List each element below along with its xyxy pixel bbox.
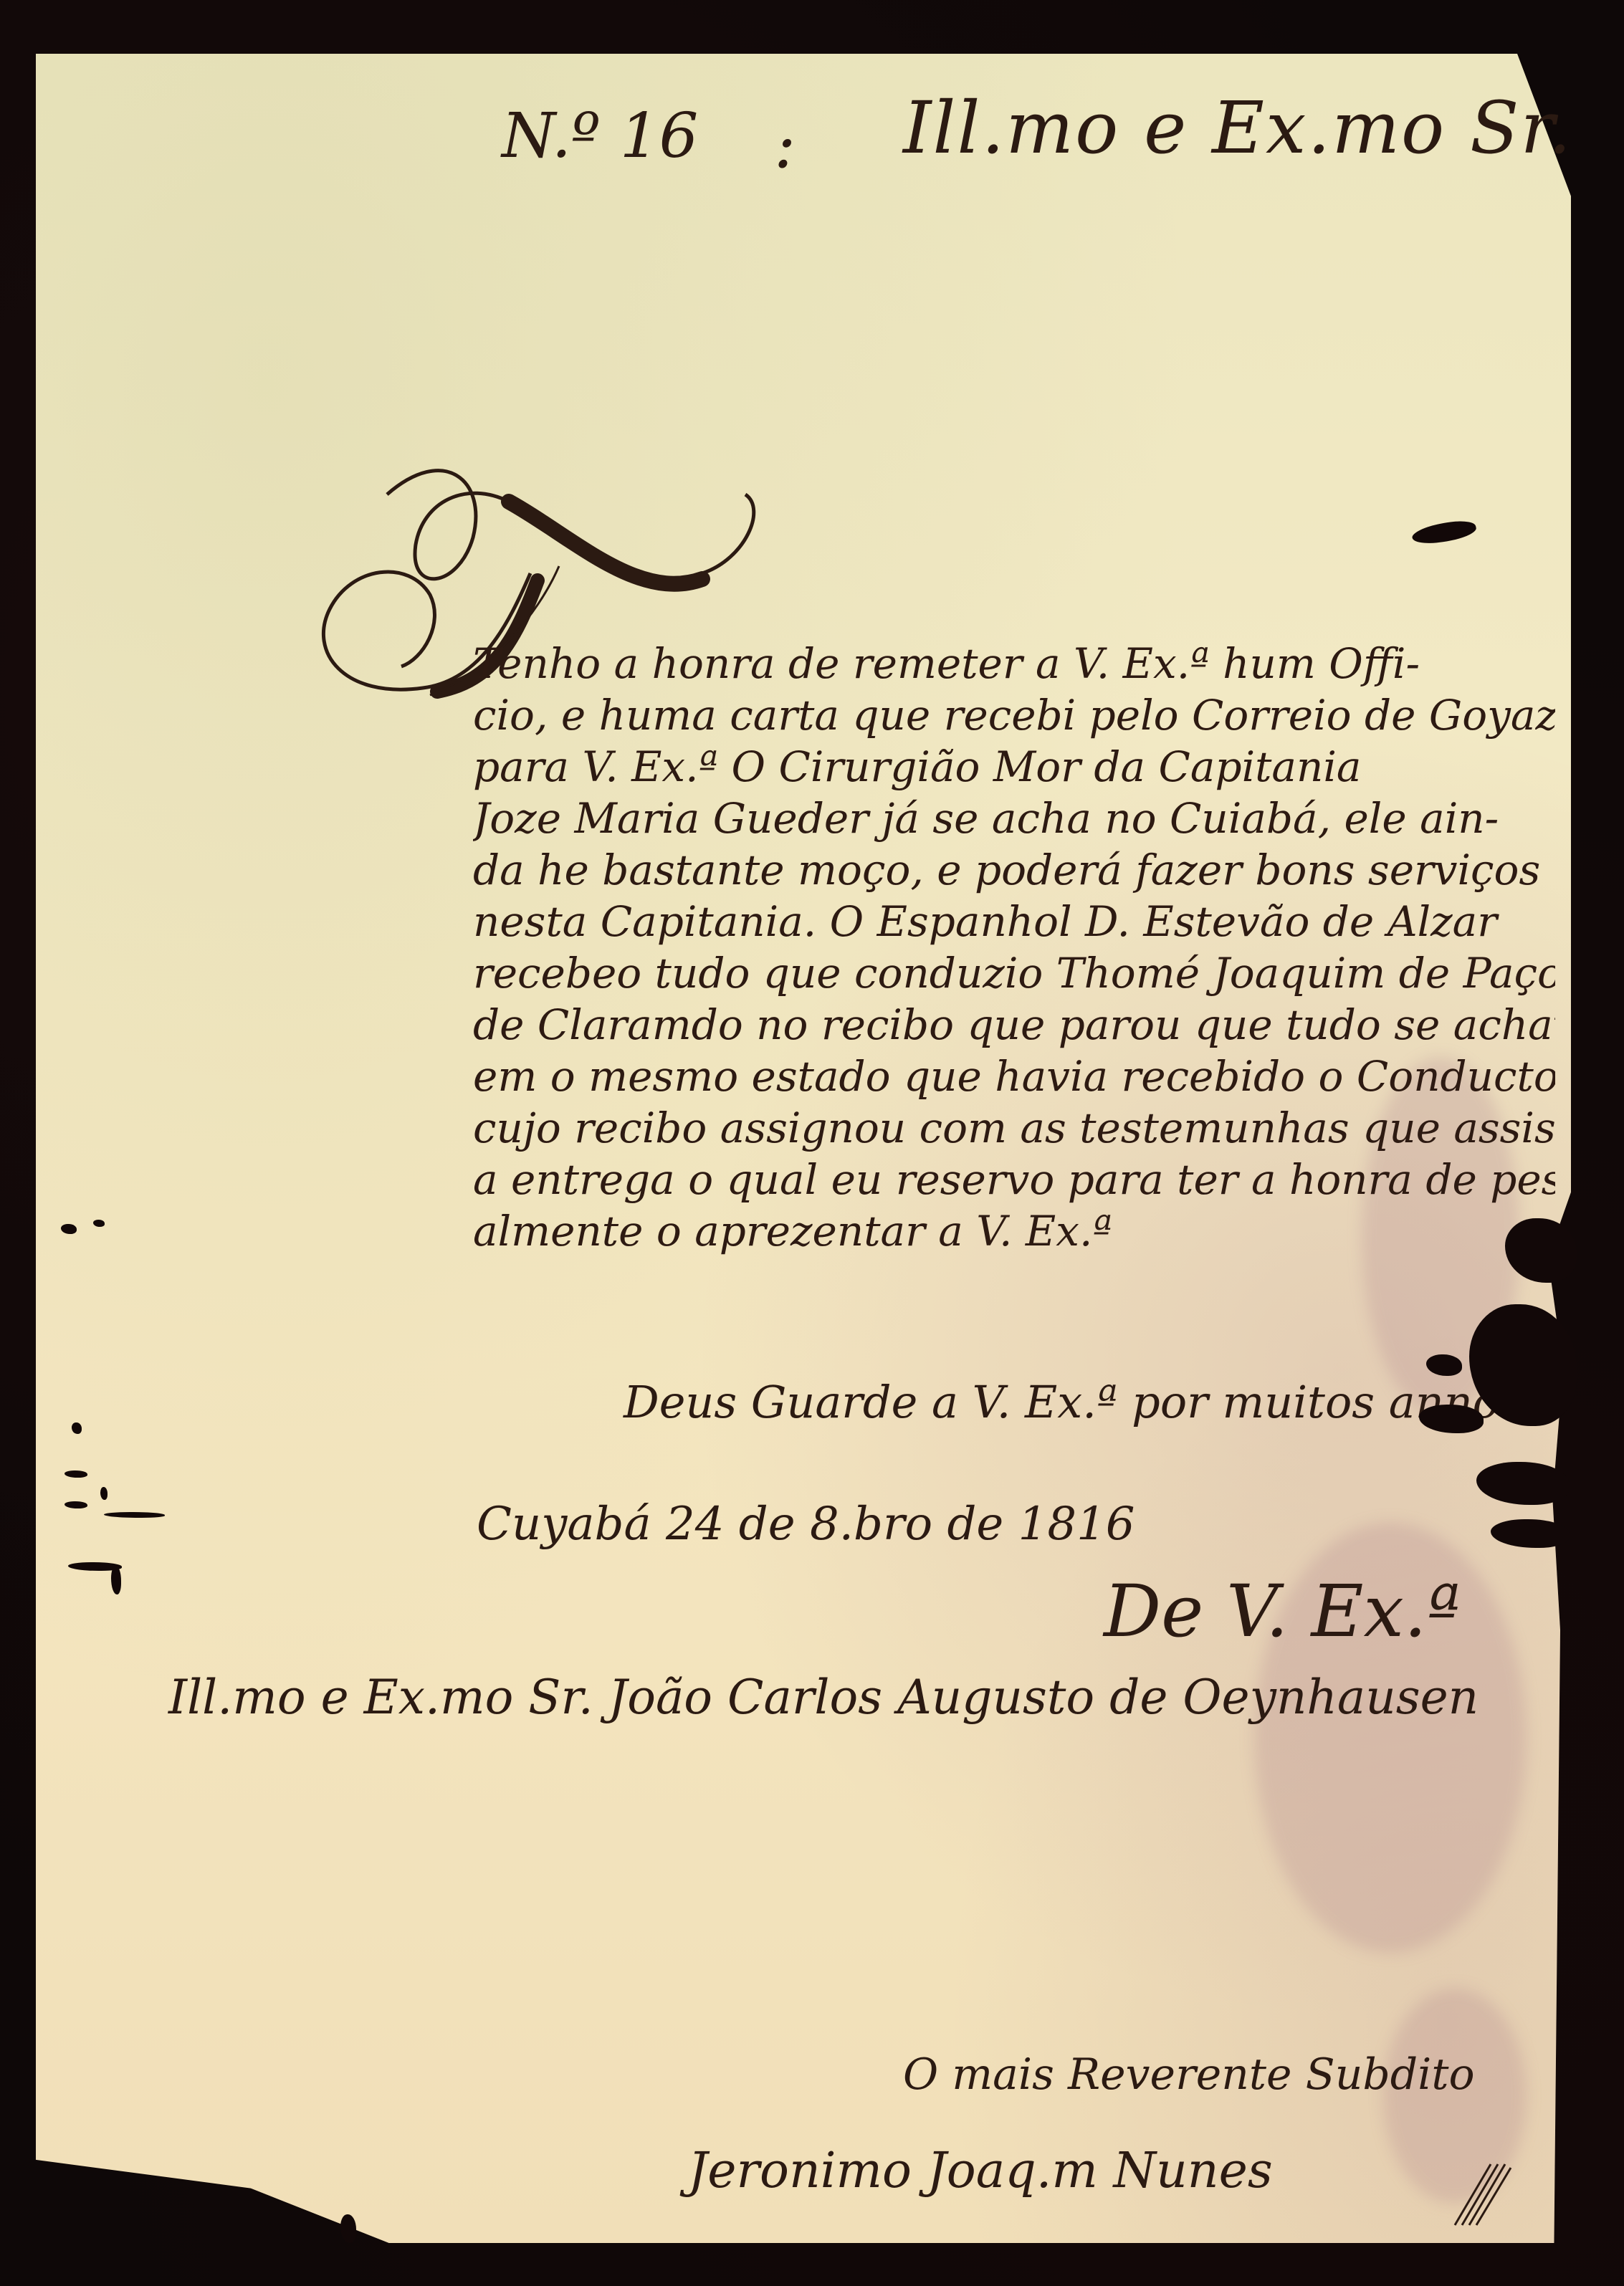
letter-body: Tenho a honra de remeter a V. Ex.ª hum O… [473,638,1555,1257]
ink-mark [61,1224,77,1234]
ink-mark [111,1566,121,1594]
body-line: Tenho a honra de remeter a V. Ex.ª hum O… [473,638,1555,689]
closing-blessing: Deus Guarde a V. Ex.ª por muitos annos. [624,1376,1536,1428]
body-line: nesta Capitania. O Espanhol D. Estevão d… [473,896,1555,947]
body-line: almente o aprezentar a V. Ex.ª [473,1205,1555,1257]
body-line: cujo recibo assignou com as testemunhas … [473,1102,1555,1154]
body-line: de Claramdo no recibo que parou que tudo… [473,999,1555,1051]
header-separator: : [774,107,796,183]
ink-mark [93,1220,105,1227]
body-line: cio, e huma carta que recebi pelo Correi… [473,689,1555,741]
valediction: O mais Reverente Subdito [903,2050,1475,2100]
letter-number: N.º 16 [502,100,698,172]
body-line: recebeo tudo que conduzio Thomé Joaquim … [473,947,1555,999]
signature: Jeronimo Joaq.m Nunes [688,2143,1273,2199]
ink-mark [72,1422,82,1434]
body-line: a entrega o qual eu reservo para ter a h… [473,1154,1555,1205]
salutation: Ill.mo e Ex.mo Sr. [903,86,1572,170]
addressee: Ill.mo e Ex.mo Sr. João Carlos Augusto d… [168,1670,1479,1725]
dateline: Cuyabá 24 de 8.bro de 1816 [477,1498,1135,1551]
ink-mark [100,1487,108,1500]
body-line: da he bastante moço, e poderá fazer bons… [473,844,1555,896]
body-line: em o mesmo estado que havia recebido o C… [473,1051,1555,1102]
signature-rubric-icon [1448,2157,1512,2229]
body-line: para V. Ex.ª O Cirurgião Mor da Capitani… [473,741,1555,793]
closing-deve: De V. Ex.ª [1104,1569,1461,1653]
body-line: Joze Maria Gueder já se acha no Cuiabá, … [473,793,1555,844]
ink-mark [340,2214,356,2243]
